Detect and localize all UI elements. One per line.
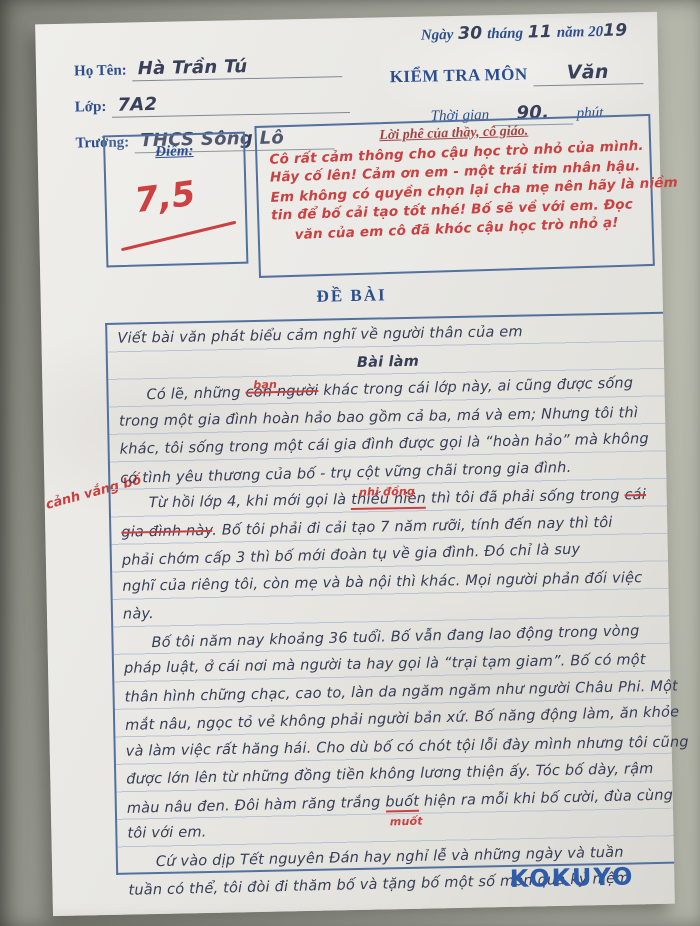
- teacher-comment-box: Lời phê của thầy, cô giáo. Cô rất cảm th…: [254, 114, 654, 278]
- score-underline-stroke: [121, 221, 236, 252]
- red-correction: bạn: [253, 371, 277, 399]
- kiem-tra-mon-label: KIỂM TRA MÔN: [390, 64, 528, 86]
- date-thang-label: tháng: [487, 26, 523, 43]
- score-label: Điểm:: [105, 142, 243, 163]
- de-bai-heading: ĐỀ BÀI: [40, 280, 662, 312]
- date-day-value: 30: [458, 23, 483, 43]
- exam-paper-sheet: Ngày 30 tháng 11 năm 2019 Họ Tên: Hà Trầ…: [35, 12, 675, 916]
- date-year-value: 19: [603, 20, 628, 40]
- score-value: 7,5: [132, 167, 246, 221]
- date-ngay-label: Ngày: [421, 27, 454, 44]
- red-underlined-text: nhi đồngthiếu niên: [351, 491, 426, 510]
- struck-text: gia đình này: [121, 522, 212, 540]
- essay-text: Từ hồi lớp 4, khi mới gọi là: [149, 492, 352, 511]
- mon-value: Văn: [532, 60, 642, 86]
- essay-text: màu nâu đen. Đôi hàm răng trắng: [127, 794, 386, 816]
- ho-ten-row: Họ Tên: Hà Trần Tú: [74, 54, 374, 83]
- kokuyo-logo: KOKUYO: [510, 862, 635, 892]
- struck-text: bạncon người: [245, 383, 318, 401]
- essay-text: khác trong cái lớp này, ai cũng được sốn…: [318, 375, 633, 399]
- essay-text: Có lẽ, những: [146, 385, 245, 403]
- exam-title-row: KIỂM TRA MÔN Văn: [366, 60, 666, 90]
- essay-text: thì tôi đã phải sống trong: [426, 487, 625, 506]
- score-box: Điểm: 7,5: [103, 132, 249, 268]
- essay-writing-area: Viết bài văn phát biểu cảm nghĩ về người…: [105, 312, 674, 875]
- struck-text: cái: [624, 487, 646, 503]
- red-correction: nhi đồng: [359, 478, 415, 506]
- lop-value: 7A2: [111, 90, 349, 118]
- essay-text: hiện ra mỗi khi bố cười, đùa cùng: [419, 787, 673, 809]
- essay-lines: Viết bài văn phát biểu cảm nghĩ về người…: [117, 316, 668, 904]
- essay-text: . Bố tôi phải đi cải tạo 7 năm rưỡi, tín…: [212, 514, 613, 538]
- ho-ten-label: Họ Tên:: [74, 63, 127, 80]
- red-underlined-text: muốtbuốt: [385, 793, 419, 812]
- date-nam-label: năm 20: [557, 24, 604, 41]
- ho-ten-value: Hà Trần Tú: [132, 54, 342, 81]
- lop-row: Lớp: 7A2: [75, 90, 375, 119]
- date-month-value: 11: [528, 22, 553, 42]
- date-line: Ngày 30 tháng 11 năm 2019: [421, 20, 628, 44]
- comment-lines: Cô rất cảm thông cho cậu học trò nhỏ của…: [269, 138, 642, 244]
- lop-label: Lớp:: [75, 99, 107, 116]
